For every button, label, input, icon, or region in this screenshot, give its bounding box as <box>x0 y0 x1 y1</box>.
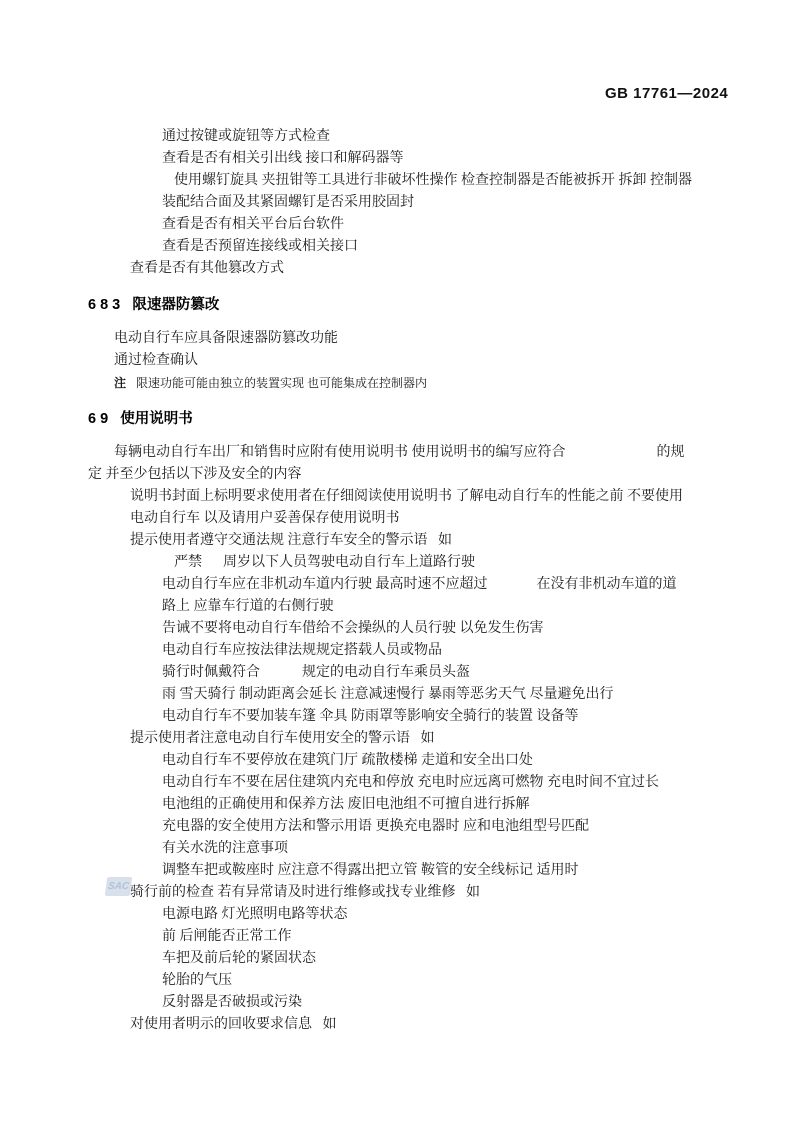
line-text: 电动自行车应具备限速器防篡改功能 <box>114 331 338 346</box>
text-line: 说明书封面上标明要求使用者在仔细阅读使用说明书 了解电动自行车的性能之前 不要使… <box>0 486 793 508</box>
text-line: 通过检查确认 <box>0 350 793 372</box>
text-line: 装配结合面及其紧固螺钉是否采用胶固封 <box>0 192 793 214</box>
text-line: 定 并至少包括以下涉及安全的内容 <box>0 464 793 486</box>
line-text: 通过检查确认 <box>114 353 198 368</box>
line-text: 查看是否有相关平台后台软件 <box>162 217 344 232</box>
text-line: 电动自行车应在非机动车道内行驶 最高时速不应超过 在没有非机动车道的道 <box>0 574 793 596</box>
text-line: 使用螺钉旋具 夹扭钳等工具进行非破坏性操作 检查控制器是否能被拆开 拆卸 控制器 <box>0 170 793 192</box>
text-line: 轮胎的气压 <box>0 970 793 992</box>
text-line: 严禁 周岁以下人员驾驶电动自行车上道路行驶 <box>0 552 793 574</box>
line-text: 调整车把或鞍座时 应注意不得露出把立管 鞍管的安全线标记 适用时 <box>162 863 579 878</box>
text-line: 电动自行车应按法律法规规定搭载人员或物品 <box>0 640 793 662</box>
text-line: 对使用者明示的回收要求信息 如 <box>0 1014 793 1036</box>
line-text: 充电器的安全使用方法和警示用语 更换充电器时 应和电池组型号匹配 <box>162 819 589 834</box>
text-line: 告诫不要将电动自行车借给不会操纵的人员行驶 以免发生伤害 <box>0 618 793 640</box>
text-line: 电源电路 灯光照明电路等状态 <box>0 904 793 926</box>
line-text: 路上 应靠车行道的右侧行驶 <box>162 599 334 614</box>
line-text: 电动自行车不要在居住建筑内充电和停放 充电时应远离可燃物 充电时间不宜过长 <box>162 775 659 790</box>
text-line: 提示使用者遵守交通法规 注意行车安全的警示语 如 <box>0 530 793 552</box>
text-line: 骑行时佩戴符合 规定的电动自行车乘员头盔 <box>0 662 793 684</box>
line-text: 有关水洗的注意事项 <box>162 841 288 856</box>
doc-number: GB 17761—2024 <box>605 85 728 102</box>
line-text: 电动自行车 以及请用户妥善保存使用说明书 <box>130 511 400 526</box>
text-line: 电动自行车不要停放在建筑门厅 疏散楼梯 走道和安全出口处 <box>0 750 793 772</box>
line-text: 定 并至少包括以下涉及安全的内容 <box>88 467 302 482</box>
text-line: 充电器的安全使用方法和警示用语 更换充电器时 应和电池组型号匹配 <box>0 816 793 838</box>
line-text: 查看是否有相关引出线 接口和解码器等 <box>162 151 404 166</box>
line-text: 雨 雪天骑行 制动距离会延长 注意减速慢行 暴雨等恶劣天气 尽量避免出行 <box>162 687 614 702</box>
line-text: 每辆电动自行车出厂和销售时应附有使用说明书 使用说明书的编写应符合 的规 <box>114 445 685 460</box>
text-line: 电池组的正确使用和保养方法 废旧电池组不可擅自进行拆解 <box>0 794 793 816</box>
line-text: 提示使用者注意电动自行车使用安全的警示语 如 <box>130 731 435 746</box>
text-line: 前 后闸能否正常工作 <box>0 926 793 948</box>
line-text: 查看是否有其他篡改方式 <box>130 261 284 276</box>
line-text: 告诫不要将电动自行车借给不会操纵的人员行驶 以免发生伤害 <box>162 621 544 636</box>
text-line: 通过按键或旋钮等方式检查 <box>0 126 793 148</box>
line-text: 电动自行车不要加装车篷 伞具 防雨罩等影响安全骑行的装置 设备等 <box>162 709 579 724</box>
text-line: 有关水洗的注意事项 <box>0 838 793 860</box>
text-line: 路上 应靠车行道的右侧行驶 <box>0 596 793 618</box>
sac-watermark: SAC <box>105 877 133 896</box>
line-text: 电动自行车应在非机动车道内行驶 最高时速不应超过 在没有非机动车道的道 <box>162 577 677 592</box>
text-line: 查看是否有相关引出线 接口和解码器等 <box>0 148 793 170</box>
text-line: 查看是否有其他篡改方式 <box>0 258 793 280</box>
line-text: 轮胎的气压 <box>162 973 232 988</box>
line-text: 电源电路 灯光照明电路等状态 <box>162 907 348 922</box>
line-text: 电动自行车应按法律法规规定搭载人员或物品 <box>162 643 442 658</box>
line-text: 前 后闸能否正常工作 <box>162 929 292 944</box>
text-line: 电动自行车 以及请用户妥善保存使用说明书 <box>0 508 793 530</box>
line-text: 通过按键或旋钮等方式检查 <box>162 129 330 144</box>
line-text: 骑行时佩戴符合 规定的电动自行车乘员头盔 <box>162 665 470 680</box>
line-text: 使用螺钉旋具 夹扭钳等工具进行非破坏性操作 检查控制器是否能被拆开 拆卸 控制器 <box>174 173 692 188</box>
section-heading: 6 8 3 限速器防篡改 <box>0 294 793 316</box>
text-line: 反射器是否破损或污染 <box>0 992 793 1014</box>
note-label: 注 <box>114 376 126 390</box>
text-line: 车把及前后轮的紧固状态 <box>0 948 793 970</box>
line-text: 对使用者明示的回收要求信息 如 <box>130 1017 337 1032</box>
text-line: 电动自行车应具备限速器防篡改功能 <box>0 328 793 350</box>
line-text: 电动自行车不要停放在建筑门厅 疏散楼梯 走道和安全出口处 <box>162 753 533 768</box>
line-text: 限速功能可能由独立的装置实现 也可能集成在控制器内 <box>136 376 427 390</box>
line-text: 装配结合面及其紧固螺钉是否采用胶固封 <box>162 195 414 210</box>
line-text: 提示使用者遵守交通法规 注意行车安全的警示语 如 <box>130 533 452 548</box>
text-line: 查看是否预留连接线或相关接口 <box>0 236 793 258</box>
line-text: 查看是否预留连接线或相关接口 <box>162 239 358 254</box>
text-line: 查看是否有相关平台后台软件 <box>0 214 793 236</box>
line-text: 严禁 周岁以下人员驾驶电动自行车上道路行驶 <box>174 555 475 570</box>
section-heading: 6 9 使用说明书 <box>0 408 793 430</box>
text-line: 雨 雪天骑行 制动距离会延长 注意减速慢行 暴雨等恶劣天气 尽量避免出行 <box>0 684 793 706</box>
page-body: 通过按键或旋钮等方式检查查看是否有相关引出线 接口和解码器等使用螺钉旋具 夹扭钳… <box>0 126 793 1036</box>
text-line: 电动自行车不要加装车篷 伞具 防雨罩等影响安全骑行的装置 设备等 <box>0 706 793 728</box>
note-line: 注限速功能可能由独立的装置实现 也可能集成在控制器内 <box>0 372 793 394</box>
line-text: 反射器是否破损或污染 <box>162 995 302 1010</box>
line-text: 说明书封面上标明要求使用者在仔细阅读使用说明书 了解电动自行车的性能之前 不要使… <box>130 489 683 504</box>
line-text: 骑行前的检查 若有异常请及时进行维修或找专业维修 如 <box>130 885 480 900</box>
document-page: GB 17761—2024 通过按键或旋钮等方式检查查看是否有相关引出线 接口和… <box>0 0 793 1122</box>
text-line: 每辆电动自行车出厂和销售时应附有使用说明书 使用说明书的编写应符合 的规 <box>0 442 793 464</box>
line-text: 电池组的正确使用和保养方法 废旧电池组不可擅自进行拆解 <box>162 797 530 812</box>
line-text: 6 8 3 限速器防篡改 <box>88 297 219 313</box>
text-line: 电动自行车不要在居住建筑内充电和停放 充电时应远离可燃物 充电时间不宜过长 <box>0 772 793 794</box>
line-text: 车把及前后轮的紧固状态 <box>162 951 316 966</box>
text-line: 提示使用者注意电动自行车使用安全的警示语 如 <box>0 728 793 750</box>
line-text: 6 9 使用说明书 <box>88 411 193 427</box>
